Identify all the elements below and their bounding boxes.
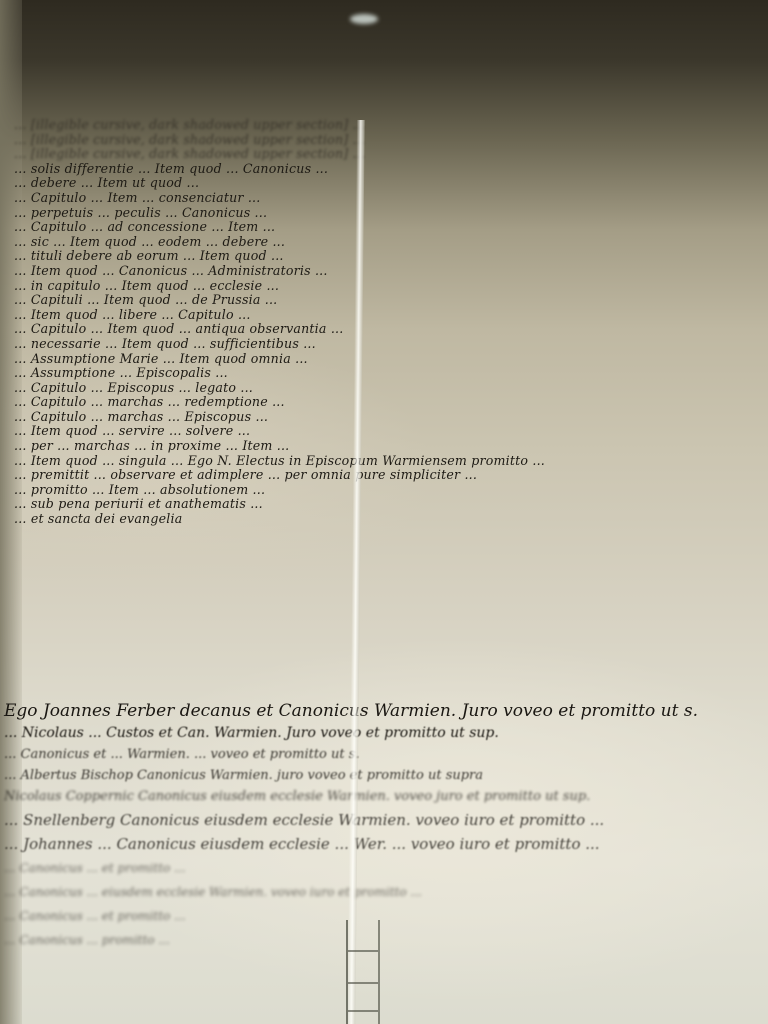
text-line: ... Capitulo ... marchas ... redemptione… xyxy=(14,395,768,410)
signature-bischop: ... Albertus Bischop Canonicus Warmien. … xyxy=(0,765,768,786)
text-line: ... Capitulo ... marchas ... Episcopus .… xyxy=(14,410,768,425)
signature-line: ... Canonicus ... et promitto ... xyxy=(0,856,768,880)
text-line: ... Item quod ... Canonicus ... Administ… xyxy=(14,264,768,279)
text-line: ... [illegible cursive, dark shadowed up… xyxy=(14,133,768,148)
manuscript-body-text: ... [illegible cursive, dark shadowed up… xyxy=(14,118,768,527)
text-line: ... sub pena periurii et anathematis ... xyxy=(14,497,768,512)
text-line: ... perpetuis ... peculis ... Canonicus … xyxy=(14,206,768,221)
signature-line: ... Canonicus et ... Warmien. ... voveo … xyxy=(0,744,768,765)
text-line: ... per ... marchas ... in proxime ... I… xyxy=(14,439,768,454)
text-line: ... debere ... Item ut quod ... xyxy=(14,176,768,191)
text-line: ... Capitulo ... Item ... consenciatur .… xyxy=(14,191,768,206)
text-line: ... Item quod ... servire ... solvere ..… xyxy=(14,424,768,439)
text-line: ... Item quod ... libere ... Capitulo ..… xyxy=(14,308,768,323)
text-line: ... necessarie ... Item quod ... suffici… xyxy=(14,337,768,352)
text-line: ... sic ... Item quod ... eodem ... debe… xyxy=(14,235,768,250)
text-line: ... premittit ... observare et adimplere… xyxy=(14,468,768,483)
text-line: ... Item quod ... singula ... Ego N. Ele… xyxy=(14,454,768,469)
text-line: ... tituli debere ab eorum ... Item quod… xyxy=(14,249,768,264)
text-line: ... et sancta dei evangelia xyxy=(14,512,768,527)
signature-block: Ego Joannes Ferber decanus et Canonicus … xyxy=(0,700,768,952)
text-line: ... promitto ... Item ... absolutionem .… xyxy=(14,483,768,498)
light-glare xyxy=(350,14,378,24)
signature-copernicus: Nicolaus Coppernic Canonicus eiusdem ecc… xyxy=(0,786,768,808)
text-line: ... solis differentie ... Item quod ... … xyxy=(14,162,768,177)
signature-line: ... Canonicus ... promitto ... xyxy=(0,928,768,952)
text-line: ... Assumptione ... Episcopalis ... xyxy=(14,366,768,381)
signature-ferber: Ego Joannes Ferber decanus et Canonicus … xyxy=(0,700,768,722)
text-line: ... [illegible cursive, dark shadowed up… xyxy=(14,147,768,162)
text-line: ... [illegible cursive, dark shadowed up… xyxy=(14,118,768,133)
signature-line: ... Canonicus ... et promitto ... xyxy=(0,904,768,928)
text-line: ... Capitulo ... Item quod ... antiqua o… xyxy=(14,322,768,337)
text-line: ... Assumptione Marie ... Item quod omni… xyxy=(14,352,768,367)
signature-line: ... Johannes ... Canonicus eiusdem eccle… xyxy=(0,832,768,856)
text-line: ... in capitulo ... Item quod ... eccles… xyxy=(14,279,768,294)
text-line: ... Capitulo ... Episcopus ... legato ..… xyxy=(14,381,768,396)
signature-line: ... Nicolaus ... Custos et Can. Warmien.… xyxy=(0,722,768,744)
ruled-line-mark xyxy=(346,920,380,1024)
text-line: ... Capituli ... Item quod ... de Prussi… xyxy=(14,293,768,308)
signature-snellenberg: ... Snellenberg Canonicus eiusdem eccles… xyxy=(0,808,768,832)
text-line: ... Capitulo ... ad concessione ... Item… xyxy=(14,220,768,235)
signature-line: ... Canonicus ... eiusdem ecclesie Warmi… xyxy=(0,880,768,904)
